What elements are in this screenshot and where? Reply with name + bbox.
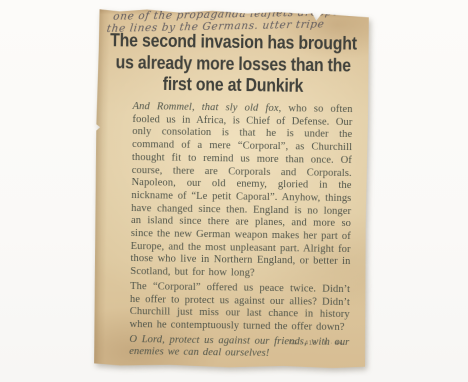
- paragraph-rommel-rest: who so often fooled us in Africa, is Chi…: [130, 103, 352, 279]
- handwritten-annotation: one of the propaganda leaflets dropped i…: [111, 5, 364, 34]
- leaflet-wrapper: one of the propaganda leaflets dropped i…: [93, 7, 370, 369]
- paragraph-rommel-italic-lead: And Rommel, that sly old fox,: [133, 101, 282, 114]
- body-text: And Rommel, that sly old fox, who so oft…: [129, 101, 353, 364]
- headline-line-3: first one at Dunkirk: [102, 74, 363, 99]
- propaganda-leaflet: one of the propaganda leaflets dropped i…: [93, 7, 370, 369]
- paragraph-o-lord: O Lord, protect us against our friends, …: [129, 334, 349, 362]
- headline-line-2: us already more losses than the: [103, 52, 364, 77]
- paragraph-rommel: And Rommel, that sly old fox, who so oft…: [130, 101, 352, 282]
- headline: The second invasion has brought us alrea…: [102, 31, 364, 99]
- paragraph-corporal-offer: The “Corporal” offered us peace twice. D…: [129, 281, 350, 335]
- headline-line-1: The second invasion has brought: [103, 31, 364, 56]
- leaflet-print-code: KG · 412 · R · 44: [289, 340, 344, 347]
- photo-background: one of the propaganda leaflets dropped i…: [0, 0, 468, 382]
